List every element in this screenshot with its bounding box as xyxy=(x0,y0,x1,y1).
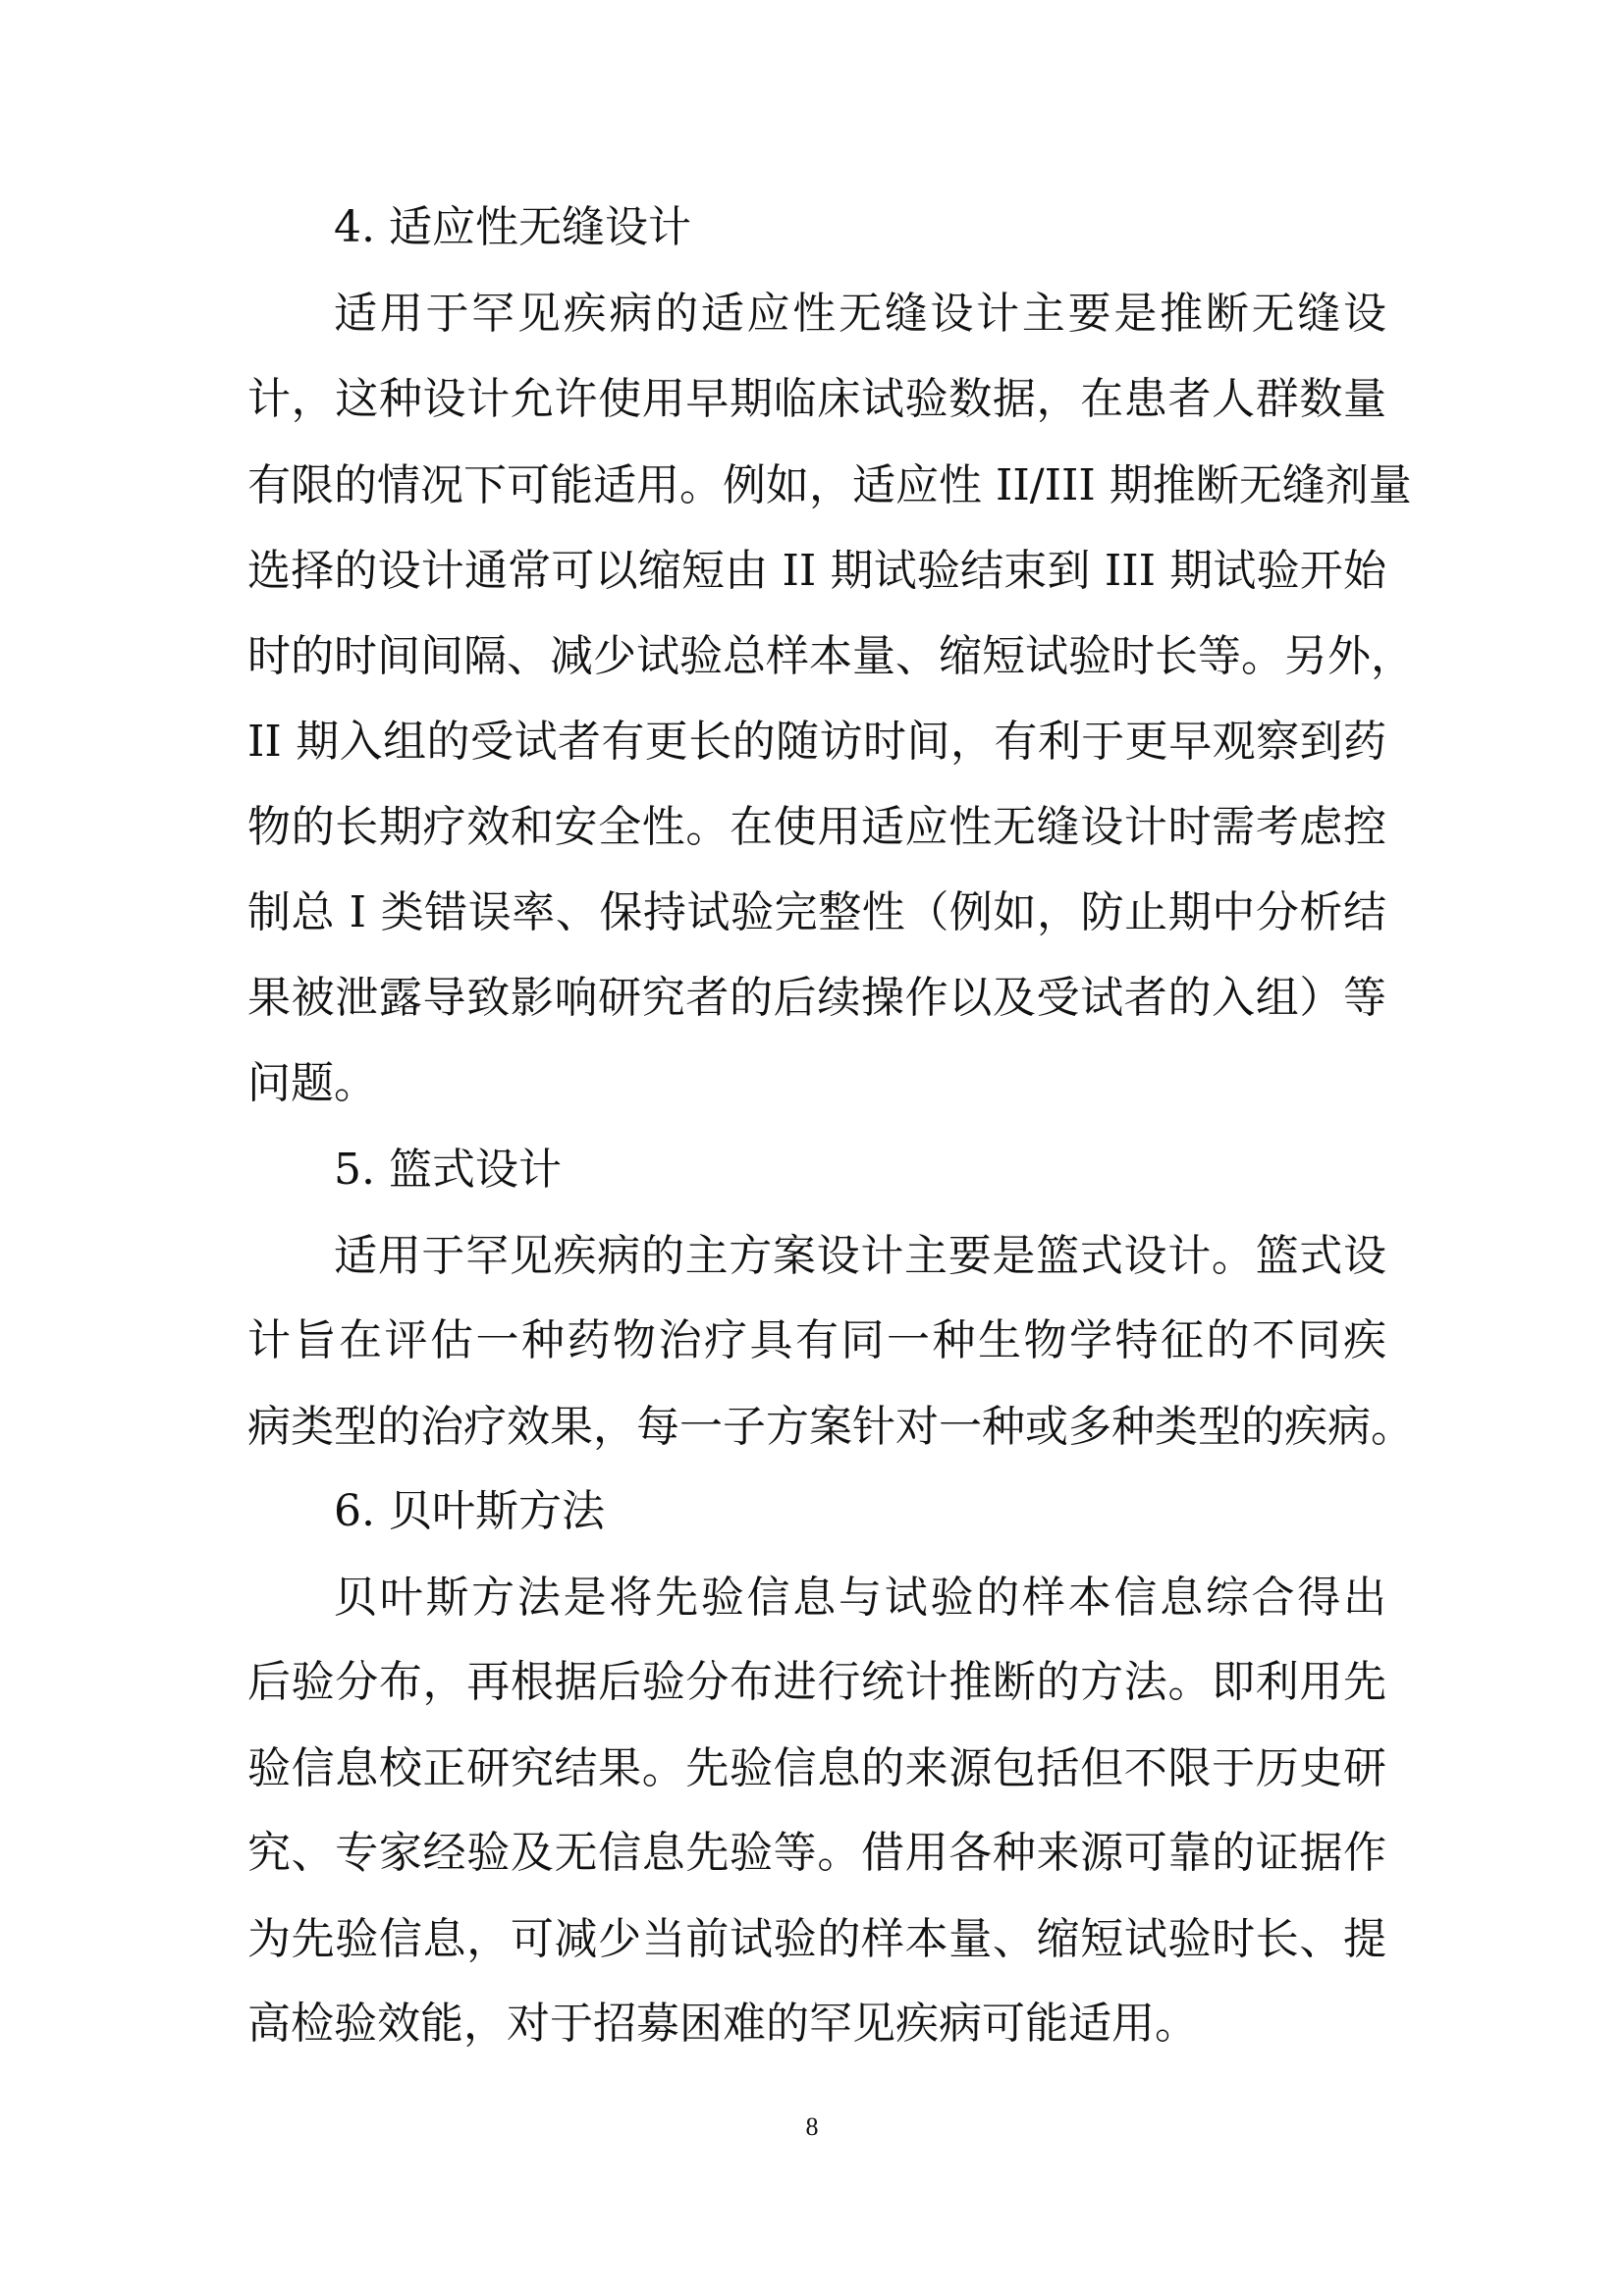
paragraph-line: 有限的情况下可能适用。例如，适应性 II/III 期推断无缝剂量 xyxy=(247,456,1386,515)
paragraph-line: 物的长期疗效和安全性。在使用适应性无缝设计时需考虑控 xyxy=(247,798,1386,857)
paragraph-line: 验信息校正研究结果。先验信息的来源包括但不限于历史研 xyxy=(247,1739,1386,1798)
paragraph-line: 计，这种设计允许使用早期临床试验数据，在患者人群数量 xyxy=(247,370,1386,429)
section-heading-bayesian-method: 6. 贝叶斯方法 xyxy=(334,1482,1386,1541)
paragraph-line: 果被泄露导致影响研究者的后续操作以及受试者的入组）等 xyxy=(247,969,1386,1028)
paragraph-line: II 期入组的受试者有更长的随访时间，有利于更早观察到药 xyxy=(247,713,1386,772)
paragraph-line: 贝叶斯方法是将先验信息与试验的样本信息综合得出 xyxy=(334,1569,1386,1628)
paragraph-line: 计旨在评估一种药物治疗具有同一种生物学特征的不同疾 xyxy=(247,1311,1386,1370)
paragraph-line: 时的时间间隔、减少试验总样本量、缩短试验时长等。另外， xyxy=(247,627,1386,686)
paragraph-line: 适用于罕见疾病的主方案设计主要是篮式设计。篮式设 xyxy=(334,1227,1386,1286)
paragraph-line: 为先验信息，可减少当前试验的样本量、缩短试验时长、提 xyxy=(247,1910,1386,1969)
paragraph-line: 病类型的治疗效果，每一子方案针对一种或多种类型的疾病。 xyxy=(247,1398,1386,1457)
paragraph-line: 问题。 xyxy=(247,1054,1386,1113)
paragraph-line: 究、专家经验及无信息先验等。借用各种来源可靠的证据作 xyxy=(247,1824,1386,1883)
paragraph-line: 选择的设计通常可以缩短由 II 期试验结束到 III 期试验开始 xyxy=(247,542,1386,601)
paragraph-line: 适用于罕见疾病的适应性无缝设计主要是推断无缝设 xyxy=(334,285,1386,344)
paragraph-line: 制总 I 类错误率、保持试验完整性（例如，防止期中分析结 xyxy=(247,883,1386,942)
paragraph-line: 高检验效能，对于招募困难的罕见疾病可能适用。 xyxy=(247,1995,1386,2054)
paragraph-line: 后验分布，再根据后验分布进行统计推断的方法。即利用先 xyxy=(247,1653,1386,1712)
page-number: 8 xyxy=(0,2112,1624,2142)
section-heading-adaptive-seamless-design: 4. 适应性无缝设计 xyxy=(334,198,1386,257)
section-heading-basket-design: 5. 篮式设计 xyxy=(334,1141,1386,1200)
document-page: 4. 适应性无缝设计 适用于罕见疾病的适应性无缝设计主要是推断无缝设 计，这种设… xyxy=(0,0,1624,2296)
